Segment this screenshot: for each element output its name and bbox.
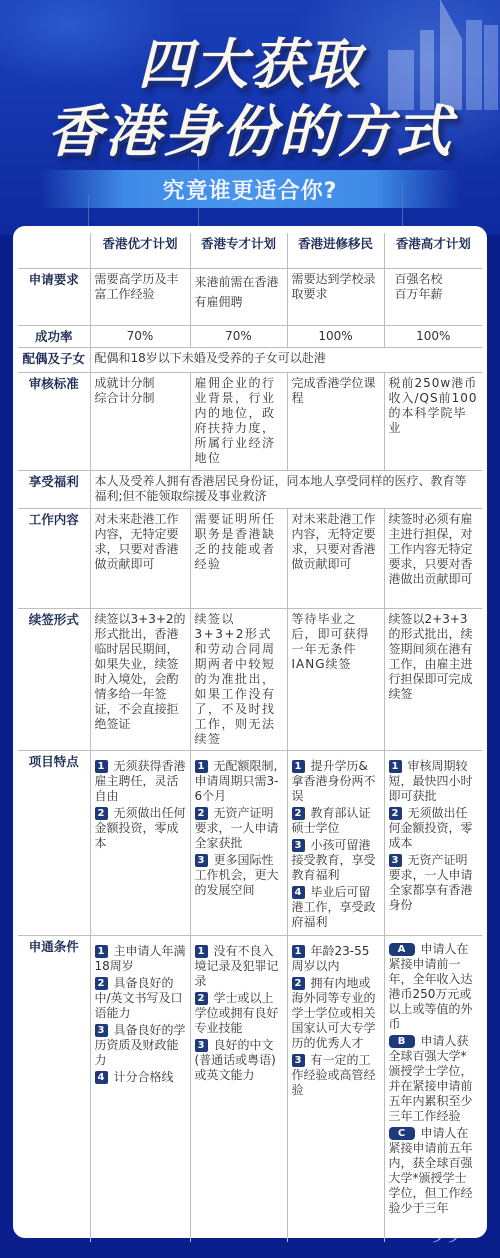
table-cell: 1提升学历&拿香港身份两不误 2教育部认证硕士学位 3小孩可留港接受教育，享受教… (287, 750, 384, 935)
table-cell: 对未来赴港工作内容，无特定要求，只要对香港做贡献即可 (287, 508, 384, 608)
number-badge-icon: 1 (292, 945, 305, 958)
list-item: 4毕业后可留港工作，享受政府福利 (292, 885, 380, 930)
merged-cell: 配偶和18岁以下未婚及受养的子女可以赴港 (90, 347, 482, 372)
column-header-top-talent-pass: 香港高才计划 (384, 233, 482, 268)
table-cell: 1年龄23-55周岁以内 2拥有内地或海外同等专业的学士学位或相关国家认可大专学… (287, 935, 384, 1242)
table-cell: 需要证明所任职务是香港缺乏的技能或者经验 (190, 508, 287, 608)
table-cell: 续签以3+3+2的形式批出，香港临时居民期间，如果失业，续签时入境处，会酌情多给… (90, 608, 190, 750)
row-label: 项目特点 (18, 750, 90, 935)
item-text: 计分合格线 (114, 1070, 174, 1084)
table-cell: 续签以3+3+2形式和劳动合同周期两者中较短的为准批出，如果工作没有了，不及时找… (190, 608, 287, 750)
table-cell: 续签时必须有雇主进行担保，对工作内容无特定要求，只要对香港做出贡献即可 (384, 508, 482, 608)
number-badge-icon: 2 (292, 977, 305, 990)
table-cell: 等待毕业之后，即可获得一年无条件IANG续签 (287, 608, 384, 750)
list-item: 3有一定的工作经验或高管经验 (292, 1053, 380, 1098)
table-cell: 1无配额限制,申请周期只需3-6个月 2无资产证明要求，一人申请全家获批 3更多… (190, 750, 287, 935)
list-item: 2无资产证明要求，一人申请全家获批 (195, 806, 283, 851)
list-item: 2教育部认证硕士学位 (292, 806, 380, 836)
corner-cell (18, 233, 90, 268)
number-badge-icon: 4 (292, 886, 305, 899)
list-item: 2拥有内地或海外同等专业的学士学位或相关国家认可大专学历的优秀人才 (292, 976, 380, 1051)
list-item: 3具备良好的学历资质及财政能力 (95, 1023, 186, 1068)
list-item: 1年龄23-55周岁以内 (292, 944, 380, 974)
table-cell: 续签以2+3+3的形式批出，续签期间须在港有工作，由雇主进行担保即可完成续签 (384, 608, 482, 750)
number-badge-icon: 3 (95, 1024, 108, 1037)
number-badge-icon: 1 (195, 945, 208, 958)
letter-badge-icon: A (389, 943, 415, 956)
table-cell: 对未来赴港工作内容，无特定要求，只要对香港做贡献即可 (90, 508, 190, 608)
table-cell: 税前250w港币收入/QS前100的本科学院毕业 (384, 372, 482, 470)
number-badge-icon: 1 (95, 945, 108, 958)
row-label: 配偶及子女 (18, 347, 90, 372)
list-item: 2无须做出任何金额投资，零成本 (95, 806, 186, 851)
table-row-eligibility: 申通条件 1主申请人年满18周岁 2具备良好的中/英文书写及口语能力 3具备良好… (18, 935, 482, 1242)
letter-badge-icon: C (389, 1127, 415, 1140)
table-row-benefits: 享受福利 本人及受养人拥有香港居民身份证，同本地人享受同样的医疗、教育等福利;但… (18, 470, 482, 508)
item-text: 主申请人年满18周岁 (95, 944, 186, 973)
table-row-features: 项目特点 1无须获得香港雇主聘任，灵活自由 2无须做出任何金额投资，零成本 1无… (18, 750, 482, 935)
list-item: 3无资产证明要求，一人申请全家都享有香港身份 (389, 853, 479, 913)
number-badge-icon: 3 (389, 854, 402, 867)
table-cell: 完成香港学位课程 (287, 372, 384, 470)
item-text: 无须做出任何金额投资，零成本 (95, 806, 186, 850)
table-cell: 1没有不良入境记录及犯罪记录 2学士或以上学位或拥有良好专业技能 3良好的中文(… (190, 935, 287, 1242)
table-cell: 来港前需在香港有雇佣聘 (190, 268, 287, 325)
number-badge-icon: 1 (389, 760, 402, 773)
subtitle: 究竟谁更适合你? (0, 174, 500, 205)
list-item: 1没有不良入境记录及犯罪记录 (195, 944, 283, 989)
table-cell: 百强名校 百万年薪 (384, 268, 482, 325)
number-badge-icon: 3 (292, 1054, 305, 1067)
row-label: 享受福利 (18, 470, 90, 508)
list-item: 3小孩可留港接受教育，享受教育福利 (292, 838, 380, 883)
table-cell: 1主申请人年满18周岁 2具备良好的中/英文书写及口语能力 3具备良好的学历资质… (90, 935, 190, 1242)
number-badge-icon: 4 (95, 1071, 108, 1084)
number-badge-icon: 2 (292, 807, 305, 820)
table-cell: 成就计分制 综合计分制 (90, 372, 190, 470)
table-cell: 1审核周期较短，最快四小时即可获批 2无须做出任何金额投资，零成本 3无资产证明… (384, 750, 482, 935)
table-row-spouse-children: 配偶及子女 配偶和18岁以下未婚及受养的子女可以赴港 (18, 347, 482, 372)
list-item: A申请人在紧接申请前一年，全年收入达港币250万元或以上或等值的外币 (389, 942, 479, 1032)
list-item: 1无配额限制,申请周期只需3-6个月 (195, 759, 283, 804)
number-badge-icon: 2 (389, 807, 402, 820)
table-header-row: 香港优才计划 香港专才计划 香港进修移民 香港高才计划 (18, 233, 482, 268)
item-text: 具备良好的学历资质及财政能力 (95, 1023, 186, 1067)
list-item: 1审核周期较短，最快四小时即可获批 (389, 759, 479, 804)
number-badge-icon: 2 (195, 807, 208, 820)
success-rate-value: 70% (90, 325, 190, 347)
number-badge-icon: 3 (195, 1039, 208, 1052)
list-item: 3更多国际性工作机会，更大的发展空间 (195, 853, 283, 898)
success-rate-value: 70% (190, 325, 287, 347)
row-label: 申通条件 (18, 935, 90, 1242)
watermark: 少 少 (432, 1228, 460, 1245)
number-badge-icon: 3 (292, 839, 305, 852)
success-rate-value: 100% (384, 325, 482, 347)
list-item: 2具备良好的中/英文书写及口语能力 (95, 976, 186, 1021)
number-badge-icon: 1 (195, 760, 208, 773)
list-item: 1提升学历&拿香港身份两不误 (292, 759, 380, 804)
item-text: 无须获得香港雇主聘任，灵活自由 (95, 759, 186, 803)
number-badge-icon: 1 (95, 760, 108, 773)
number-badge-icon: 2 (95, 807, 108, 820)
success-rate-value: 100% (287, 325, 384, 347)
table-cell: 需要达到学校录取要求 (287, 268, 384, 325)
title-line-2: 香港身份的方式 (0, 88, 500, 168)
column-header-talent-scheme: 香港优才计划 (90, 233, 190, 268)
table-row-success-rate: 成功率 70% 70% 100% 100% (18, 325, 482, 347)
item-text: 具备良好的中/英文书写及口语能力 (95, 976, 183, 1020)
table-row-review-standard: 审核标准 成就计分制 综合计分制 雇佣企业的行业背景，行业内的地位，政府扶持力度… (18, 372, 482, 470)
row-label: 续签形式 (18, 608, 90, 750)
table-cell: 1无须获得香港雇主聘任，灵活自由 2无须做出任何金额投资，零成本 (90, 750, 190, 935)
list-item: 2无须做出任何金额投资，零成本 (389, 806, 479, 851)
list-item: 2学士或以上学位或拥有良好专业技能 (195, 991, 283, 1036)
list-item: 4计分合格线 (95, 1070, 186, 1085)
table-row-renewal-form: 续签形式 续签以3+3+2的形式批出，香港临时居民期间，如果失业，续签时入境处，… (18, 608, 482, 750)
comparison-table: 香港优才计划 香港专才计划 香港进修移民 香港高才计划 申请要求 需要高学历及丰… (18, 233, 482, 1242)
list-item: 1无须获得香港雇主聘任，灵活自由 (95, 759, 186, 804)
table-row-application-requirements: 申请要求 需要高学历及丰富工作经验 来港前需在香港有雇佣聘 需要达到学校录取要求… (18, 268, 482, 325)
list-item: B申请人获全球百强大学*颁授学士学位，并在紧接申请前五年内累积至少三年工作经验 (389, 1034, 479, 1124)
row-label: 成功率 (18, 325, 90, 347)
column-header-study-immigration: 香港进修移民 (287, 233, 384, 268)
row-label: 申请要求 (18, 268, 90, 325)
row-label: 审核标准 (18, 372, 90, 470)
number-badge-icon: 2 (95, 977, 108, 990)
column-header-professionals-scheme: 香港专才计划 (190, 233, 287, 268)
hero-banner: 四大获取 香港身份的方式 究竟谁更适合你? (0, 0, 500, 235)
number-badge-icon: 1 (292, 760, 305, 773)
row-label: 工作内容 (18, 508, 90, 608)
table-cell: A申请人在紧接申请前一年，全年收入达港币250万元或以上或等值的外币 B申请人获… (384, 935, 482, 1242)
list-item: 3良好的中文(普通话或粤语)或英文能力 (195, 1038, 283, 1083)
letter-badge-icon: B (389, 1035, 415, 1048)
number-badge-icon: 2 (195, 992, 208, 1005)
merged-cell: 本人及受养人拥有香港居民身份证，同本地人享受同样的医疗、教育等福利;但不能领取综… (90, 470, 482, 508)
list-item: C申请人在紧接申请前五年内，获全球百强大学*颁授学士学位，但工作经验少于三年 (389, 1126, 479, 1216)
table-cell: 雇佣企业的行业背景，行业内的地位，政府扶持力度，所属行业经济地位 (190, 372, 287, 470)
list-item: 1主申请人年满18周岁 (95, 944, 186, 974)
table-row-work-content: 工作内容 对未来赴港工作内容，无特定要求，只要对香港做贡献即可 需要证明所任职务… (18, 508, 482, 608)
number-badge-icon: 3 (195, 854, 208, 867)
table-cell: 需要高学历及丰富工作经验 (90, 268, 190, 325)
